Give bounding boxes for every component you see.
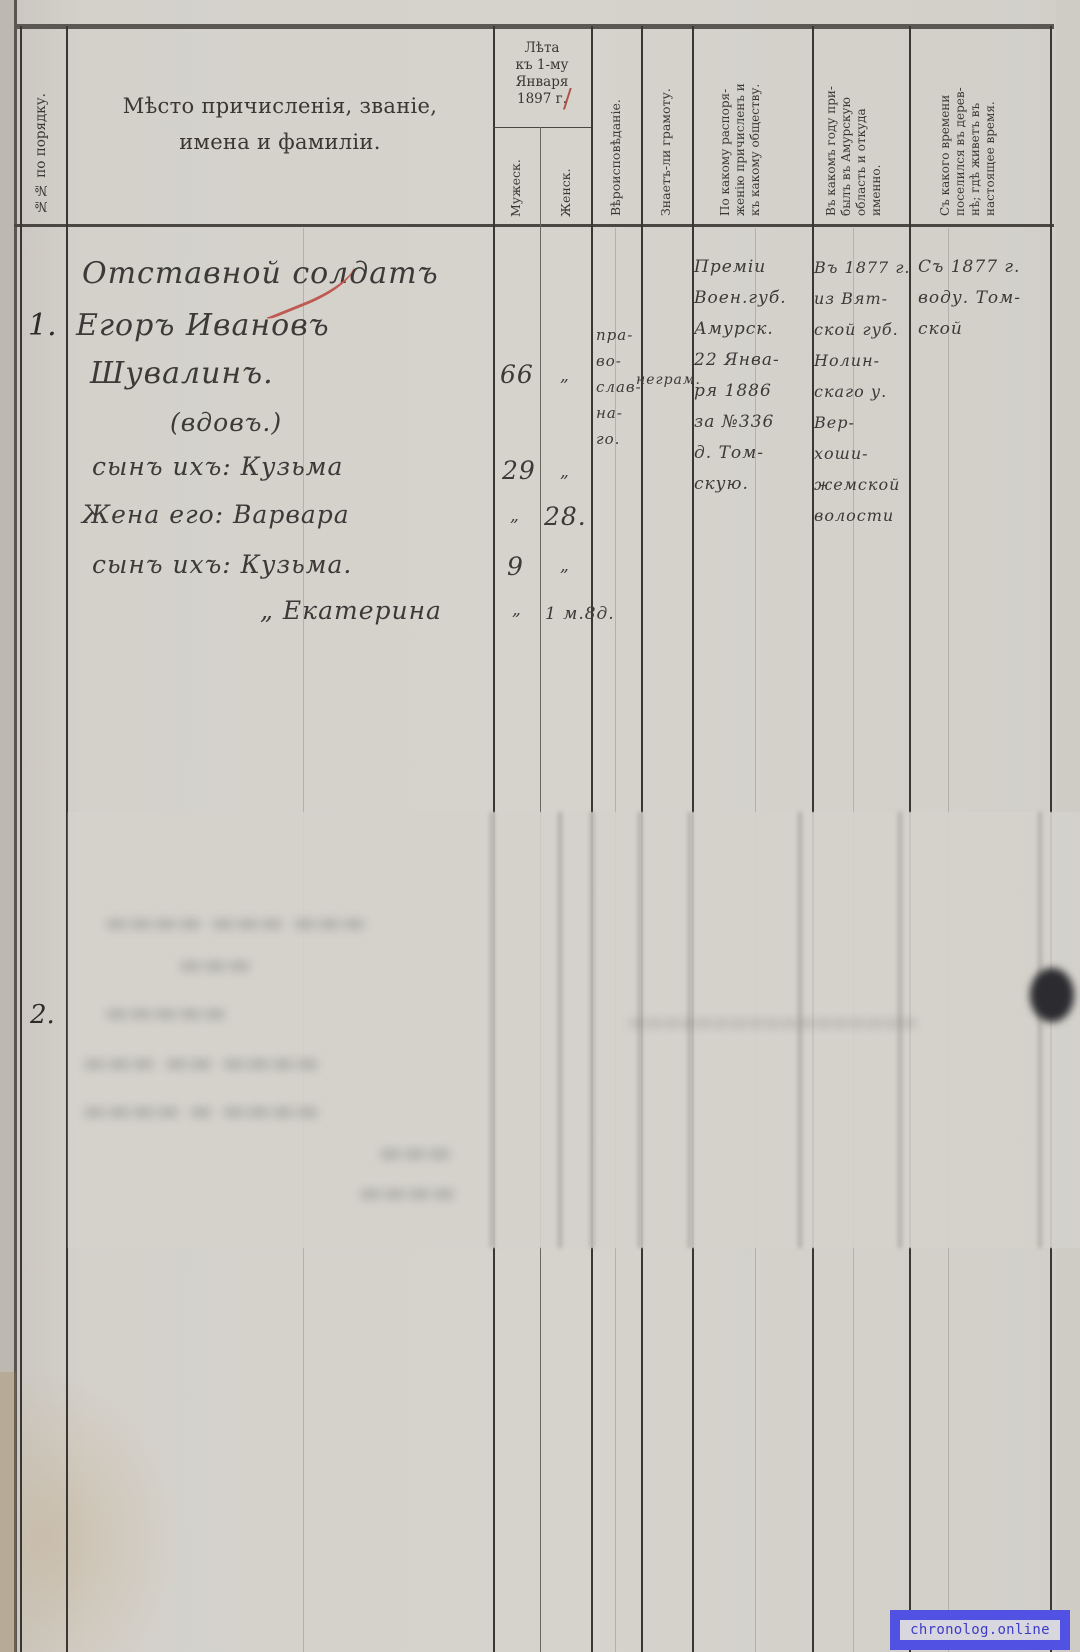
header-arrival: Въ какомъ году при- былъ въ Амурскую обл… bbox=[824, 44, 884, 216]
entry-line: Шувалинъ. bbox=[90, 356, 274, 391]
age-female: 28. bbox=[544, 502, 587, 531]
age-male: 29 bbox=[502, 456, 536, 485]
entry-line: Егоръ Ивановъ bbox=[76, 308, 330, 343]
header-settled: Съ какого времени поселился въ дерев- нѣ… bbox=[938, 44, 998, 216]
header-age: Лѣта къ 1-му Января 1897 г. bbox=[495, 40, 589, 108]
table-top-border bbox=[14, 24, 1054, 29]
register-page: №№ по порядку. Мѣсто причисленія, званіе… bbox=[0, 0, 1080, 1652]
age-male: 66 bbox=[500, 360, 534, 389]
arrival-value: Въ 1877 г. из Вят- ской губ. Нолин- скаг… bbox=[814, 252, 910, 531]
entry-line: (вдовъ.) bbox=[170, 408, 282, 437]
watermark-text: chronolog.online bbox=[900, 1620, 1060, 1640]
page-edge-lower bbox=[0, 1372, 16, 1652]
age-male: „ bbox=[510, 506, 520, 526]
entry-line: Жена его: Варвара bbox=[82, 500, 350, 529]
entry-number: 2. bbox=[30, 1000, 55, 1030]
entry-number: 1. bbox=[28, 308, 57, 343]
header-age-male: Мужеск. bbox=[508, 135, 523, 217]
age-female: „ bbox=[560, 556, 570, 576]
header-names: Мѣсто причисленія, званіе, имена и фамил… bbox=[68, 88, 492, 160]
header-order: По какому распоря- женію причисленъ и къ… bbox=[718, 44, 763, 216]
entry-line: сынъ ихъ: Кузьма. bbox=[92, 550, 352, 579]
age-male: 9 bbox=[507, 552, 524, 581]
header-bottom-rule bbox=[14, 224, 1054, 227]
entry-line: „ Екатерина bbox=[260, 596, 442, 625]
settled-value: Съ 1877 г. воду. Том- ской bbox=[918, 252, 1021, 345]
column-rule bbox=[20, 26, 22, 1652]
entry-line: сынъ ихъ: Кузьма bbox=[92, 452, 343, 481]
water-stain bbox=[20, 1370, 180, 1652]
age-subheader-rule bbox=[493, 127, 591, 128]
redacted-entry: ▬▬▬▬ ▬▬▬ ▬▬▬ ▬▬▬ ▬▬▬▬▬ ▬▬▬ ▬▬ ▬▬▬▬ ▬▬▬▬ … bbox=[68, 812, 1080, 1248]
age-female: 1 м.8д. bbox=[545, 604, 615, 624]
age-male: „ bbox=[512, 600, 522, 620]
header-age-female: Женск. bbox=[558, 135, 573, 217]
ink-blot bbox=[1030, 968, 1074, 1022]
entry-line: Отставной солдатъ bbox=[82, 256, 439, 291]
order-value: Премiи Воен.губ. Амурск. 22 Янва- ря 188… bbox=[694, 252, 787, 500]
header-religion: Вѣроисповѣданіе. bbox=[608, 60, 623, 216]
literacy-value: неграм. bbox=[636, 372, 701, 388]
religion-value: пра- во- слав- на- го. bbox=[596, 322, 642, 452]
age-female: „ bbox=[560, 462, 570, 482]
watermark: chronolog.online bbox=[890, 1610, 1070, 1650]
year-correction-mark: / bbox=[563, 84, 573, 114]
age-female: „ bbox=[560, 366, 570, 386]
header-number: №№ по порядку. bbox=[34, 44, 49, 214]
header-literacy: Знаетъ-ли грамоту. bbox=[658, 60, 673, 216]
